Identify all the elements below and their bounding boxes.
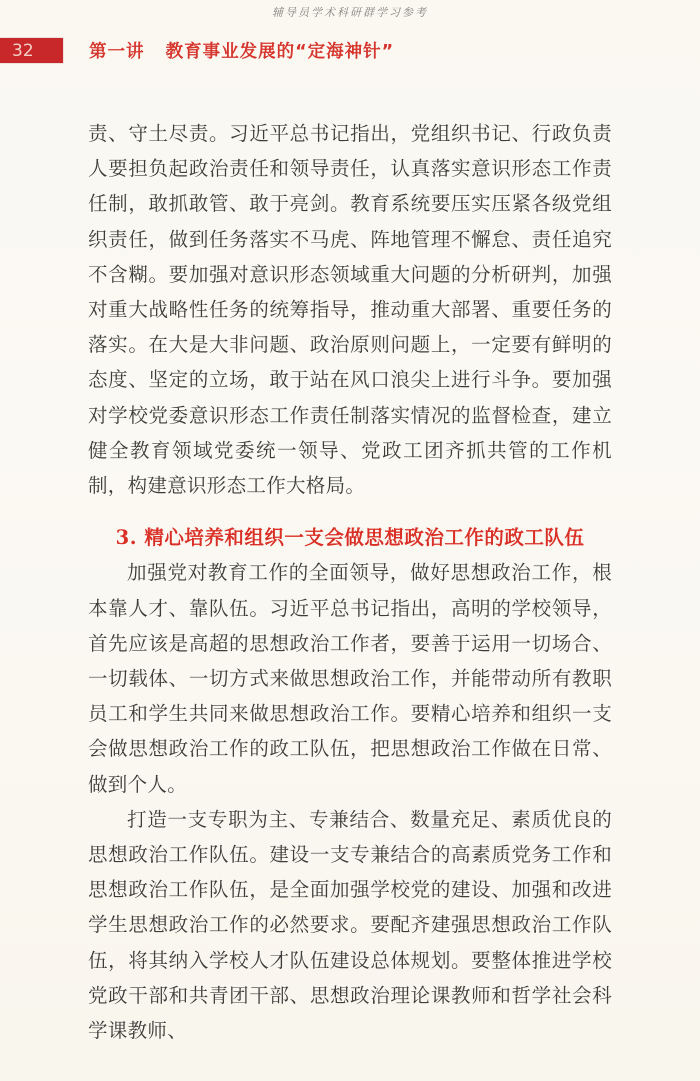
running-header: 辅导员学术科研群学习参考 [0, 4, 700, 20]
chapter-header: 32 第一讲 教育事业发展的“定海神针” [0, 38, 700, 63]
paragraph-1: 责、守土尽责。习近平总书记指出，党组织书记、行政负责人要担负起政治责任和领导责任… [88, 116, 612, 503]
section-heading-3: 3. 精心培养和组织一支会做思想政治工作的政工队伍 [88, 520, 612, 555]
chapter-label: 第一讲 [89, 42, 145, 62]
page-body: 责、守土尽责。习近平总书记指出，党组织书记、行政负责人要担负起政治责任和领导责任… [88, 116, 612, 1048]
paragraph-2: 加强党对教育工作的全面领导，做好思想政治工作，根本靠人才、靠队伍。习近平总书记指… [88, 555, 612, 801]
book-page: 辅导员学术科研群学习参考 32 第一讲 教育事业发展的“定海神针” 责、守土尽责… [0, 0, 700, 1081]
paragraph-3: 打造一支专职为主、专兼结合、数量充足、素质优良的思想政治工作队伍。建设一支专兼结… [88, 802, 612, 1048]
chapter-name: 教育事业发展的“定海神针” [166, 42, 395, 62]
page-number-badge: 32 [0, 38, 63, 63]
chapter-title: 第一讲 教育事业发展的“定海神针” [89, 38, 394, 63]
page-number: 32 [12, 41, 34, 61]
